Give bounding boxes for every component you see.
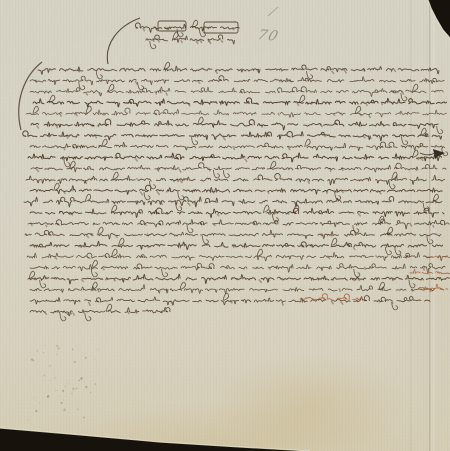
handwriting-accent (158, 170, 159, 172)
handwriting-accent (64, 148, 65, 150)
foxing-dot (80, 377, 82, 379)
foxing-dot (39, 402, 40, 403)
foxing-dot (71, 393, 72, 394)
foxing-dot (64, 408, 65, 409)
paper-grain-texture (0, 0, 450, 451)
foxing-dot (76, 388, 78, 390)
foxing-dot (28, 408, 29, 409)
handwriting-accent (268, 278, 269, 281)
foxing-dot (98, 349, 99, 350)
foxing-dot (44, 345, 45, 346)
foxing-dot (56, 354, 57, 355)
foxing-dot (43, 374, 45, 376)
foxing-dot (29, 390, 30, 391)
foxing-dot (63, 410, 64, 411)
foxing-dot (72, 388, 74, 390)
foxing-dot (65, 386, 66, 387)
handwriting-accent (392, 300, 393, 304)
foxing-dot (49, 365, 51, 367)
foxing-dot (54, 377, 55, 378)
foxing-dot (37, 350, 38, 351)
foxing-dot (35, 410, 37, 412)
foxing-dot (50, 379, 51, 380)
foxing-dot (32, 360, 34, 362)
foxing-dot (83, 416, 85, 418)
foxing-dot (90, 392, 91, 393)
foxing-dot (74, 361, 76, 363)
handwriting-accent (381, 102, 382, 105)
handwriting-accent (86, 180, 87, 184)
foxing-dot (56, 345, 58, 347)
foxing-dot (61, 402, 63, 404)
foxing-dot (33, 397, 34, 398)
foxing-dot (64, 410, 66, 412)
ink-layer (0, 0, 450, 451)
foxing-dot (37, 361, 38, 362)
handwriting-accent (153, 38, 154, 42)
foxing-dot (72, 349, 73, 350)
handwriting-accent (166, 92, 167, 95)
foxing-dot (47, 395, 49, 397)
foxing-dot (43, 352, 44, 353)
foxing-dot (55, 390, 56, 391)
foxing-dot (28, 419, 29, 420)
handwriting-accent (178, 222, 179, 225)
foxing-dot (85, 357, 87, 359)
handwriting-accent (99, 93, 100, 96)
foxing-dot (63, 399, 64, 400)
foxing-dot (85, 386, 87, 388)
foxing-dot (77, 409, 78, 410)
foxing-dot (62, 390, 64, 392)
foxing-dot (95, 359, 96, 360)
foxing-dot (73, 390, 74, 391)
foxing-dot (95, 383, 97, 385)
foxing-dot (78, 380, 80, 382)
handwriting-accent (365, 267, 366, 270)
manuscript-scan: 70 (0, 0, 450, 451)
foxing-dot (33, 354, 34, 355)
handwriting-accent (366, 104, 367, 106)
foxing-dot (67, 383, 68, 384)
foxing-dot (58, 347, 60, 349)
